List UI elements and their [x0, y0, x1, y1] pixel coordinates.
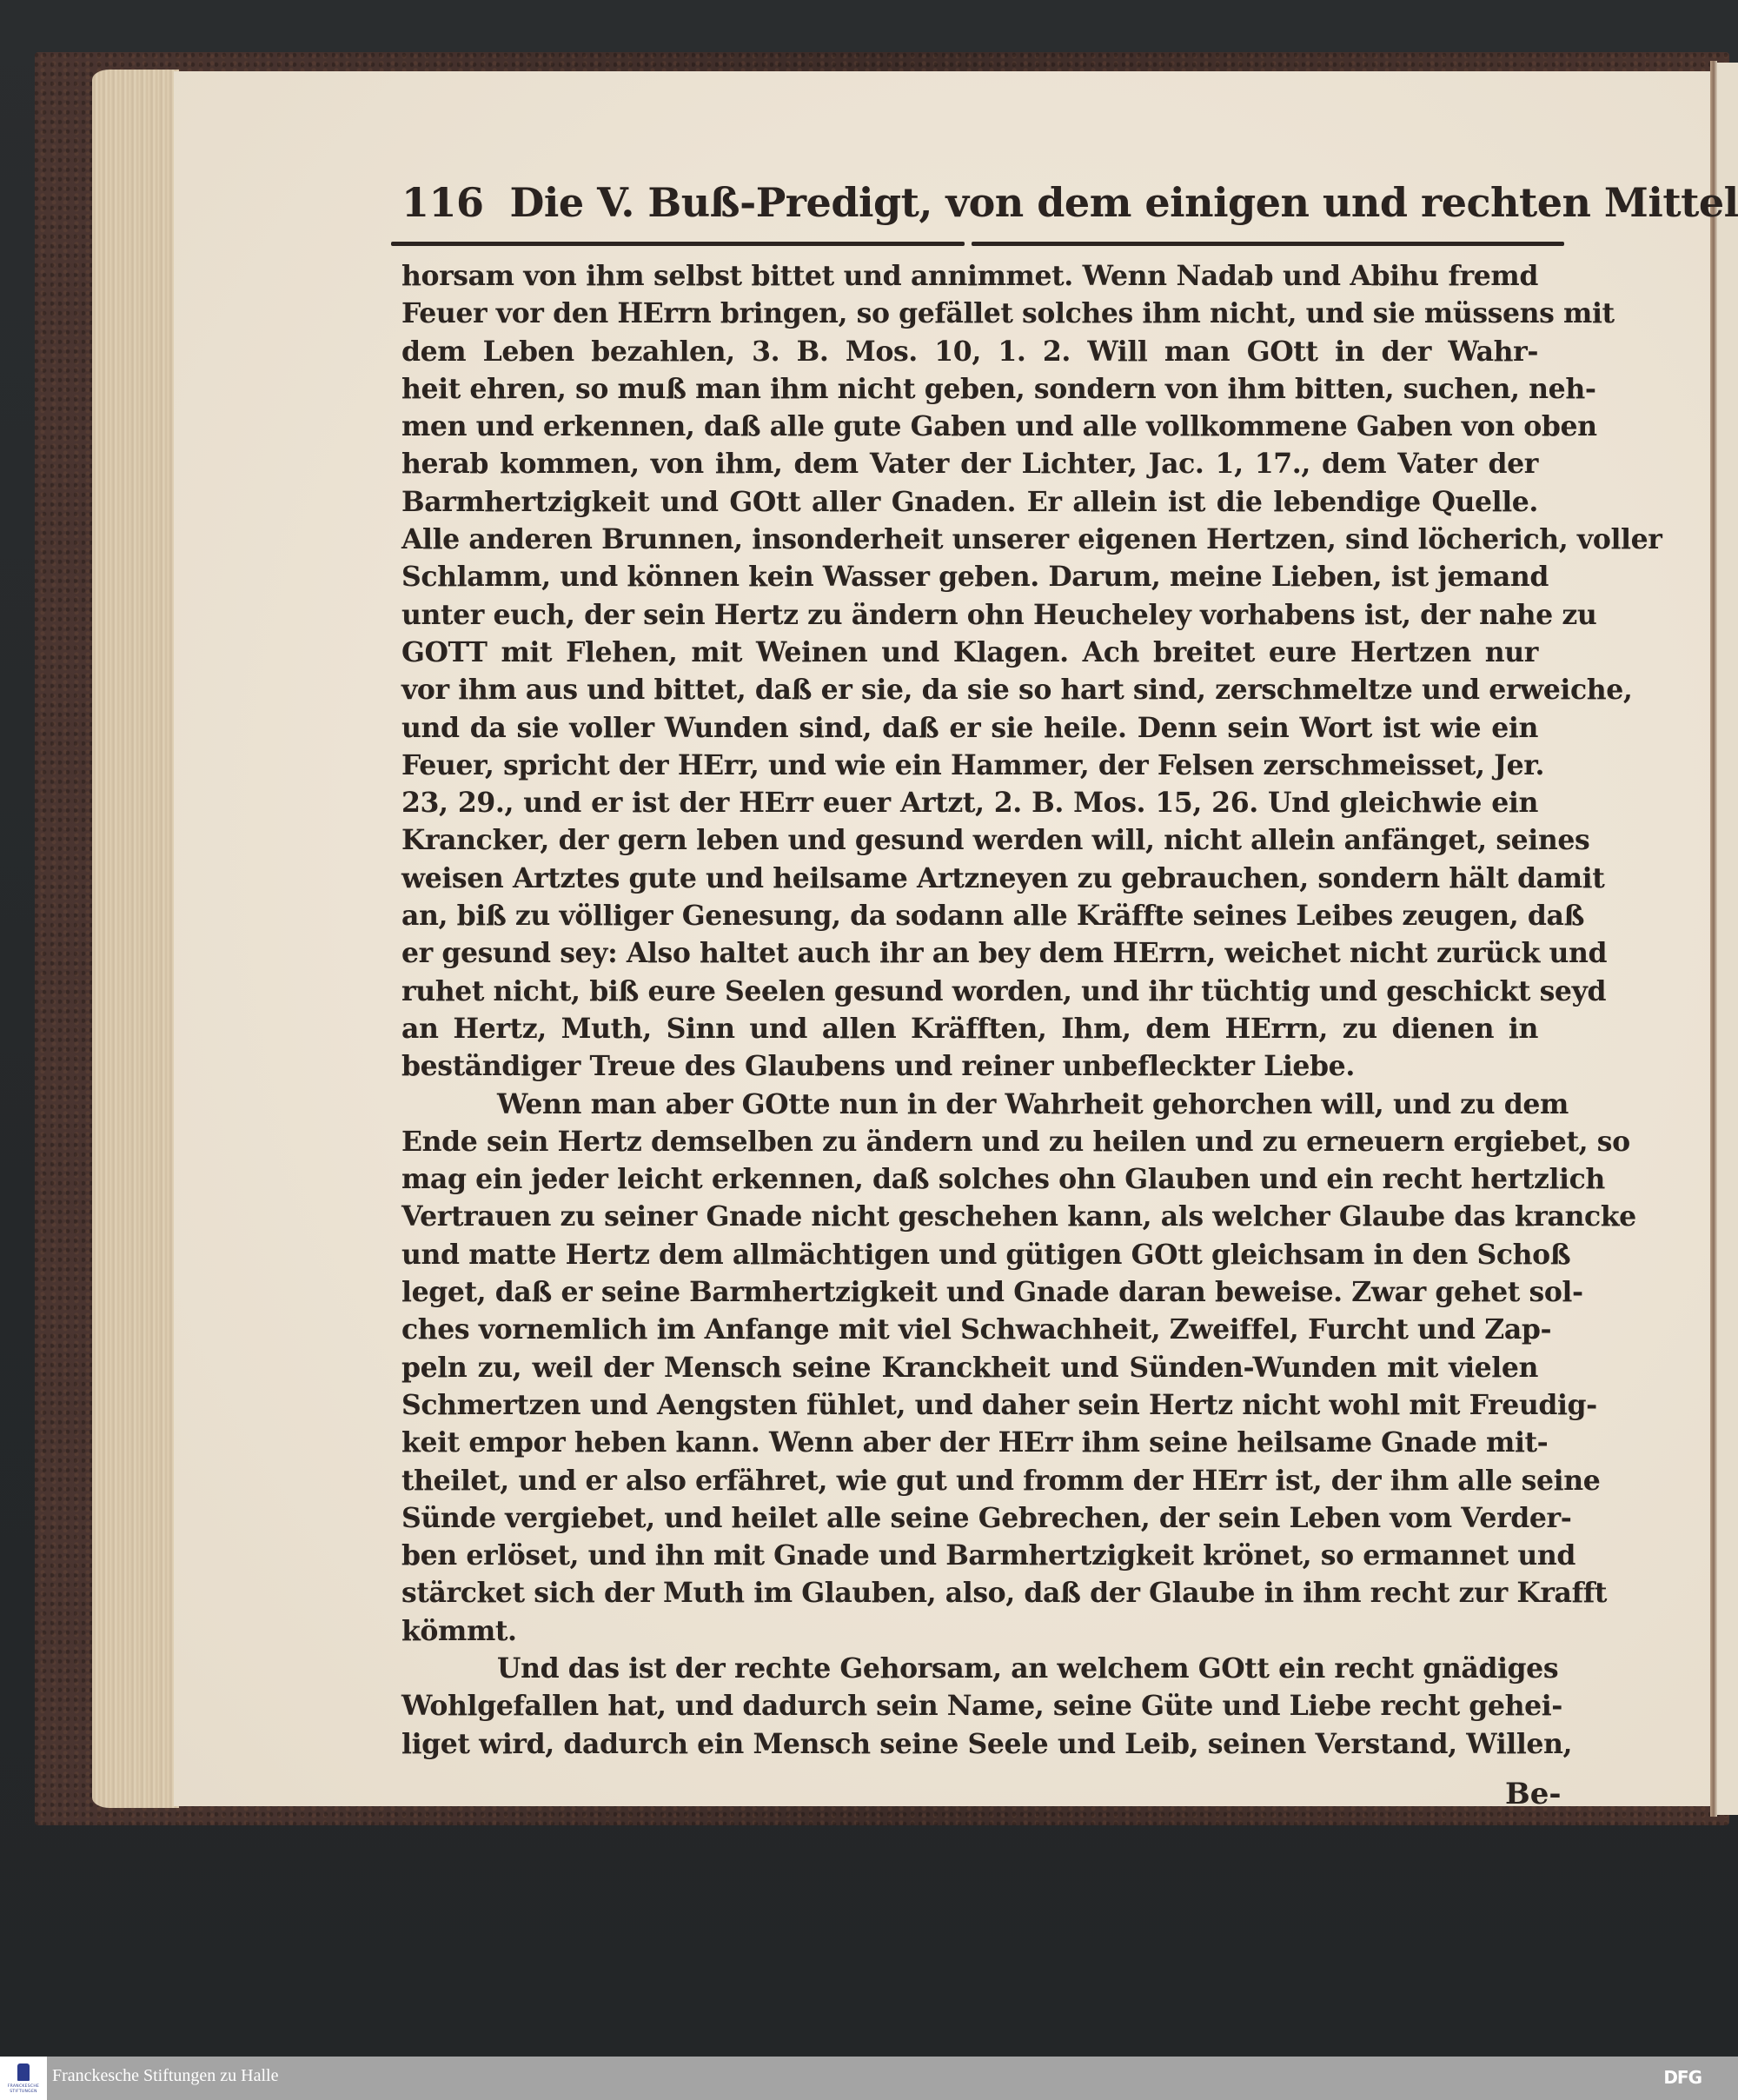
- text-line: Vertrauen zu seiner Gnade nicht geschehe…: [401, 1198, 1538, 1235]
- text-line: horsam von ihm selbst bittet und annimme…: [401, 257, 1538, 295]
- text-line: GOTT mit Flehen, mit Weinen und Klagen. …: [401, 634, 1538, 671]
- catchword: Be-: [1505, 1777, 1561, 1811]
- text-line: Und das ist der rechte Gehorsam, an welc…: [401, 1650, 1538, 1687]
- text-line: ben erlöset, und ihn mit Gnade und Barmh…: [401, 1537, 1538, 1574]
- text-line: mag ein jeder leicht erkennen, daß solch…: [401, 1160, 1538, 1198]
- text-line: Feuer vor den HErrn bringen, so gefället…: [401, 295, 1538, 332]
- text-line: Barmhertzigkeit und GOtt aller Gnaden. E…: [401, 483, 1538, 521]
- text-line: Wenn man aber GOtte nun in der Wahrheit …: [401, 1086, 1538, 1123]
- viewer-footer: FRANCKESCHE STIFTUNGEN Franckesche Stift…: [0, 2057, 1738, 2100]
- text-line: theilet, und er also erfähret, wie gut u…: [401, 1462, 1538, 1499]
- text-line: Krancker, der gern leben und gesund werd…: [401, 821, 1538, 859]
- text-line: leget, daß er seine Barmhertzigkeit und …: [401, 1273, 1538, 1311]
- text-line: beständiger Treue des Glaubens und reine…: [401, 1047, 1538, 1085]
- text-line: Feuer, spricht der HErr, und wie ein Ham…: [401, 747, 1538, 784]
- text-line: ches vornemlich im Anfange mit viel Schw…: [401, 1311, 1538, 1348]
- dfg-logo[interactable]: DFG: [1663, 2067, 1702, 2088]
- page-fore-edge: [92, 70, 179, 1808]
- text-line: und da sie voller Wunden sind, daß er si…: [401, 709, 1538, 747]
- head-rule-right: [972, 242, 1564, 246]
- text-line: Schmertzen und Aengsten fühlet, und dahe…: [401, 1386, 1538, 1424]
- facing-page-edge: [1717, 63, 1738, 1815]
- text-line: liget wird, dadurch ein Mensch seine See…: [401, 1725, 1538, 1763]
- text-line: Ende sein Hertz demselben zu ändern und …: [401, 1123, 1538, 1160]
- text-line: Wohlgefallen hat, und dadurch sein Name,…: [401, 1687, 1538, 1725]
- head-rule-left: [391, 242, 965, 246]
- text-line: dem Leben bezahlen, 3. B. Mos. 10, 1. 2.…: [401, 333, 1538, 370]
- running-head: 116 Die V. Buß-Predigt, von dem einigen …: [401, 179, 1540, 226]
- text-line: an, biß zu völliger Genesung, da sodann …: [401, 897, 1538, 934]
- text-line: kömmt.: [401, 1612, 1538, 1650]
- text-line: Alle anderen Brunnen, insonderheit unser…: [401, 521, 1538, 558]
- text-line: 23, 29., und er ist der HErr euer Artzt,…: [401, 784, 1538, 821]
- page-number: 116: [401, 179, 484, 226]
- text-line: stärcket sich der Muth im Glauben, also,…: [401, 1574, 1538, 1612]
- text-line: und matte Hertz dem allmächtigen und güt…: [401, 1236, 1538, 1273]
- institution-logo[interactable]: FRANCKESCHE STIFTUNGEN: [0, 2057, 47, 2100]
- text-line: er gesund sey: Also haltet auch ihr an b…: [401, 934, 1538, 972]
- text-line: men und erkennen, daß alle gute Gaben un…: [401, 408, 1538, 445]
- text-line: an Hertz, Muth, Sinn und allen Kräfften,…: [401, 1010, 1538, 1047]
- institution-name[interactable]: Franckesche Stiftungen zu Halle: [52, 2066, 278, 2086]
- founder-figure-icon: [17, 2063, 30, 2081]
- body-text: horsam von ihm selbst bittet und annimme…: [401, 257, 1538, 1763]
- page-gutter: [1710, 61, 1717, 1817]
- text-line: heit ehren, so muß man ihm nicht geben, …: [401, 370, 1538, 408]
- text-line: unter euch, der sein Hertz zu ändern ohn…: [401, 596, 1538, 634]
- text-line: vor ihm aus und bittet, daß er sie, da s…: [401, 671, 1538, 708]
- text-line: herab kommen, von ihm, dem Vater der Lic…: [401, 445, 1538, 482]
- logo-text-line2: STIFTUNGEN: [1, 2090, 46, 2095]
- text-line: Sünde vergiebet, und heilet alle seine G…: [401, 1499, 1538, 1537]
- text-line: keit empor heben kann. Wenn aber der HEr…: [401, 1424, 1538, 1461]
- running-head-title: Die V. Buß-Predigt, von dem einigen und …: [510, 179, 1738, 226]
- text-line: Schlamm, und können kein Wasser geben. D…: [401, 558, 1538, 595]
- text-line: peln zu, weil der Mensch seine Kranckhei…: [401, 1349, 1538, 1386]
- text-line: weisen Artztes gute und heilsame Artzney…: [401, 860, 1538, 897]
- text-line: ruhet nicht, biß eure Seelen gesund word…: [401, 973, 1538, 1010]
